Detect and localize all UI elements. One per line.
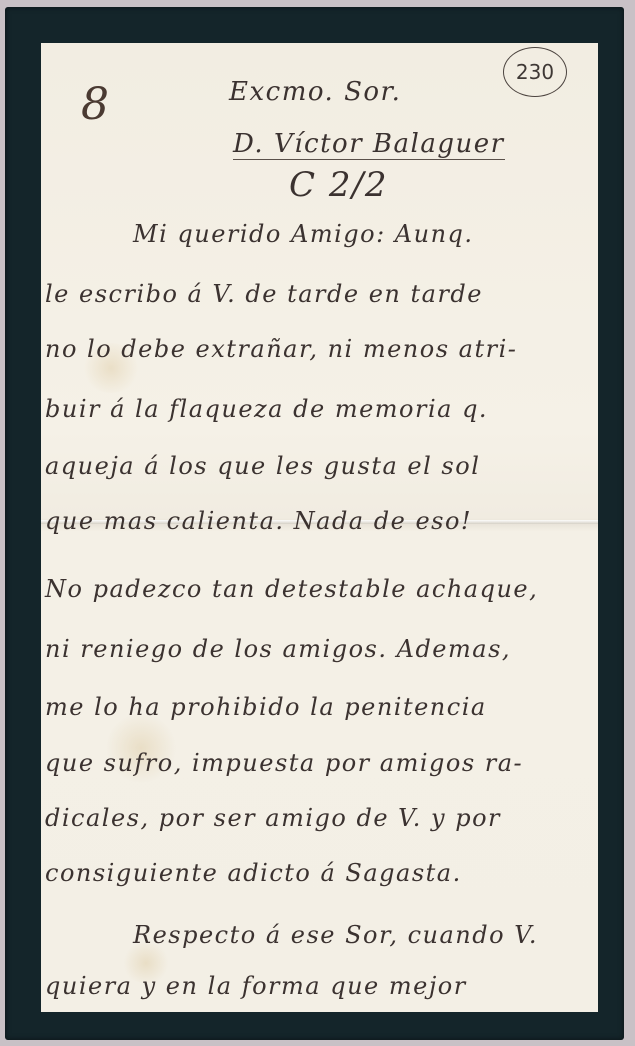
letter-line: que sufro, impuesta por amigos ra- <box>45 749 523 777</box>
page-mark: C 2/2 <box>289 165 388 205</box>
addressee-title: Excmo. Sor. <box>229 77 401 107</box>
letter-line: quiera y en la forma que mejor <box>45 972 467 1000</box>
letter-line: aqueja á los que les gusta el sol <box>45 452 480 480</box>
letter-line: consiguiente adicto á Sagasta. <box>45 859 462 887</box>
letter-line: Mi querido Amigo: Aunq. <box>133 220 474 248</box>
letter-line: No padezco tan detestable achaque, <box>45 575 538 603</box>
letter-line: me lo ha prohibido la penitencia <box>45 693 487 721</box>
addressee-name: D. Víctor Balaguer <box>233 129 505 159</box>
addressee-name-text: D. Víctor Balaguer <box>233 129 505 160</box>
folio-number: 8 <box>81 79 111 130</box>
letter-line: le escribo á V. de tarde en tarde <box>45 280 483 308</box>
letter-line: buir á la flaqueza de memoria q. <box>45 395 488 423</box>
archive-number: 230 <box>516 60 554 84</box>
letter-line: dicales, por ser amigo de V. y por <box>45 804 501 832</box>
letter-line: no lo debe extrañar, ni menos atri- <box>45 335 517 363</box>
letter-line: ni reniego de los amigos. Ademas, <box>45 635 511 663</box>
mourning-border: 8 230 Excmo. Sor. D. Víctor Balaguer C 2… <box>5 7 624 1040</box>
archive-number-stamp: 230 <box>503 47 567 97</box>
letter-paper: 8 230 Excmo. Sor. D. Víctor Balaguer C 2… <box>41 43 598 1012</box>
letter-line: que mas calienta. Nada de eso! <box>45 507 472 535</box>
letter-line: Respecto á ese Sor, cuando V. <box>133 921 538 949</box>
